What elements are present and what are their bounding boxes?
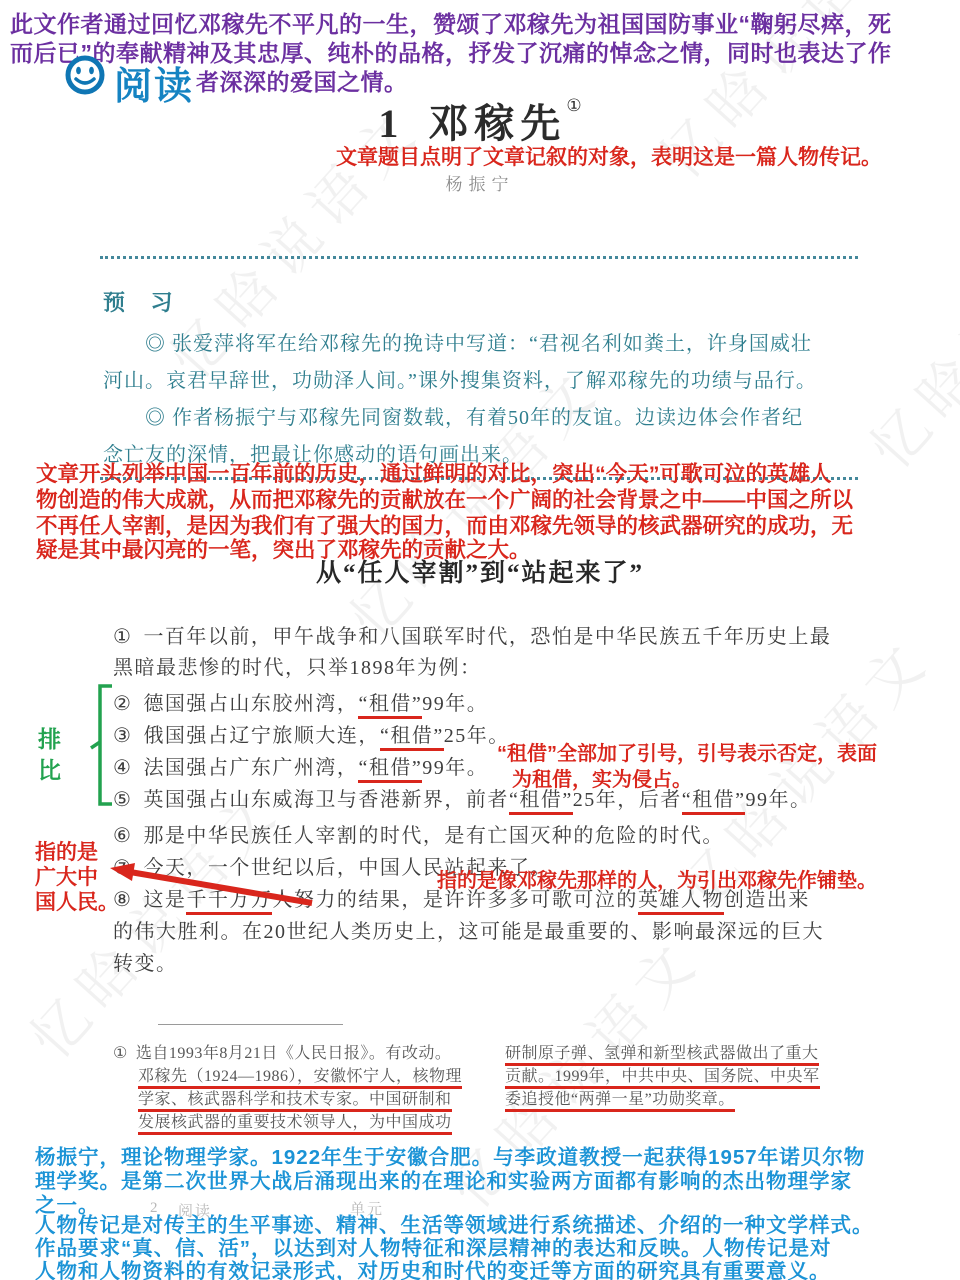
footnote-text: 选自1993年8月21日《人民日报》。有改动。 <box>136 1045 452 1062</box>
paragraph-number: ③ <box>113 725 132 747</box>
footnote-line: ①选自1993年8月21日《人民日报》。有改动。 <box>113 1040 451 1063</box>
paragraph-line: ④法国强占广东广州湾，“租借”99年。 <box>113 751 488 780</box>
underlined-keyword: “租借” <box>358 757 422 783</box>
underlined-keyword: 千千万万 <box>186 889 272 915</box>
paragraph-number: ⑦ <box>113 857 132 879</box>
preview-item-line: ◎ 张爱萍将军在给邓稼先的挽诗中写道：“君视名利如粪土，许身国威壮 <box>145 327 812 356</box>
footnote-line: 学家、核武器科学和技术专家。中国研制和 <box>138 1086 452 1109</box>
paragraph-line: ③俄国强占辽宁旅顺大连，“租借”25年。 <box>113 719 510 748</box>
people-annotation-line: 国人民。 <box>35 886 119 916</box>
watermark-text: 忆晗说语文 <box>850 177 960 483</box>
footnote-separator <box>158 1024 343 1025</box>
preview-heading: 预 习 <box>103 286 183 317</box>
paragraph-number: ② <box>113 693 132 715</box>
paragraph-text: 德国强占山东胶州湾， <box>143 693 358 715</box>
paragraph-number: ⑤ <box>113 789 132 811</box>
paragraph-line: 黑暗最悲惨的时代，只举1898年为例： <box>113 651 482 680</box>
paragraph-text: 99年。 <box>422 757 488 779</box>
paragraph-number: ④ <box>113 757 132 779</box>
preview-box-top-rule <box>100 256 858 259</box>
underlined-keyword: “租借” <box>380 725 444 751</box>
footnote-line: 研制原子弹、氢弹和新型核武器做出了重大 <box>505 1040 819 1063</box>
paragraph-text: 这是 <box>143 889 186 911</box>
paragraph-text: 一百年以前，甲午战争和八国联军时代，恐怕是中华民族五千年历史上最 <box>143 626 831 648</box>
footnote-line: 邓稼先（1924—1986），安徽怀宁人，核物理 <box>138 1063 462 1086</box>
paragraph-line: ①一百年以前，甲午战争和八国联军时代，恐怕是中华民族五千年历史上最 <box>113 620 831 649</box>
title-annotation: 文章题目点明了文章记叙的对象，表明这是一篇人物传记。 <box>336 141 882 171</box>
paragraph-line: ②德国强占山东胶州湾，“租借”99年。 <box>113 687 488 716</box>
underlined-footnote-text: 发展核武器的重要技术领导人，为中国成功 <box>138 1114 452 1135</box>
paragraph-text: 99年。 <box>745 789 811 811</box>
footnote-line: 委追授他“两弹一星”功勋奖章。 <box>505 1086 735 1109</box>
paragraph-text: 25年，后者 <box>573 789 682 811</box>
paragraph-line: 的伟大胜利。在20世纪人类历史上，这可能是最重要的、影响最深远的巨大 <box>113 915 824 944</box>
lesson-title-text: 邓稼先 <box>428 101 566 146</box>
rent-quote-annotation: 为租借，实为侵占。 <box>512 763 692 792</box>
rent-quote-annotation: “租借”全部加了引号，引号表示否定，表面 <box>497 737 877 766</box>
paragraph-text: 俄国强占辽宁旅顺大连， <box>143 725 380 747</box>
preview-item-line: ◎ 作者杨振宁与邓稼先同窗数载，有着50年的友谊。边读边体会作者纪 <box>145 401 803 430</box>
paragraph-text: 99年。 <box>422 693 488 715</box>
title-footnote-mark: ① <box>566 96 581 115</box>
paragraph-line: ⑥那是中华民族任人宰割的时代，是有亡国灭种的危险的时代。 <box>113 819 724 848</box>
paragraph-line: ⑤英国强占山东威海卫与香港新界，前者“租借”25年，后者“租借”99年。 <box>113 783 811 812</box>
footnote-number: ① <box>113 1045 128 1062</box>
lesson-number: 1 <box>378 101 398 146</box>
paragraph-text: 法国强占广东广州湾， <box>143 757 358 779</box>
parallelism-bracket <box>100 686 112 804</box>
paragraph-text: 英国强占山东威海卫与香港新界，前者 <box>143 789 509 811</box>
hero-annotation: 指的是像邓稼先那样的人，为引出邓稼先作铺垫。 <box>437 864 877 893</box>
paragraph-text: 那是中华民族任人宰割的时代，是有亡国灭种的危险的时代。 <box>143 825 724 847</box>
biography-definition-line: 人物和人物资料的有效记录形式，对历史和时代的变迁等方面的研究具有重要意义。 <box>35 1254 831 1280</box>
underlined-keyword: “租借” <box>682 789 746 815</box>
preview-item-line: 河山。哀君早辞世，功勋泽人间。”课外搜集资料，了解邓稼先的功绩与品行。 <box>103 364 817 393</box>
paragraph-number: ① <box>113 626 132 648</box>
textbook-page: 忆晗说语文 忆晗说语文 忆晗说语文 忆晗说语文 忆晗说语文 忆晗说语文 忆晗说语… <box>0 0 960 1280</box>
author-name: 杨振宁 <box>0 170 960 195</box>
parallelism-label: 排比 <box>32 727 65 789</box>
paragraph-line: 转变。 <box>113 947 178 976</box>
smiley-face-icon <box>64 54 106 96</box>
paragraph-number: ⑥ <box>113 825 132 847</box>
footnote-line: 贡献。1999年，中共中央、国务院、中央军 <box>505 1063 820 1086</box>
parallelism-bracket-tick <box>91 742 100 748</box>
underlined-keyword: “租借” <box>358 693 422 719</box>
underlined-footnote-text: 委追授他“两弹一星”功勋奖章。 <box>505 1091 735 1112</box>
underlined-keyword: “租借” <box>509 789 573 815</box>
footnote-line: 发展核武器的重要技术领导人，为中国成功 <box>138 1109 452 1132</box>
section-heading: 从“任人宰割”到“站起来了” <box>0 553 960 589</box>
author-bio-line: 理学奖。是第二次世界大战后涌现出来的在理论和实验两方面都有影响的杰出物理学家 <box>35 1164 852 1194</box>
